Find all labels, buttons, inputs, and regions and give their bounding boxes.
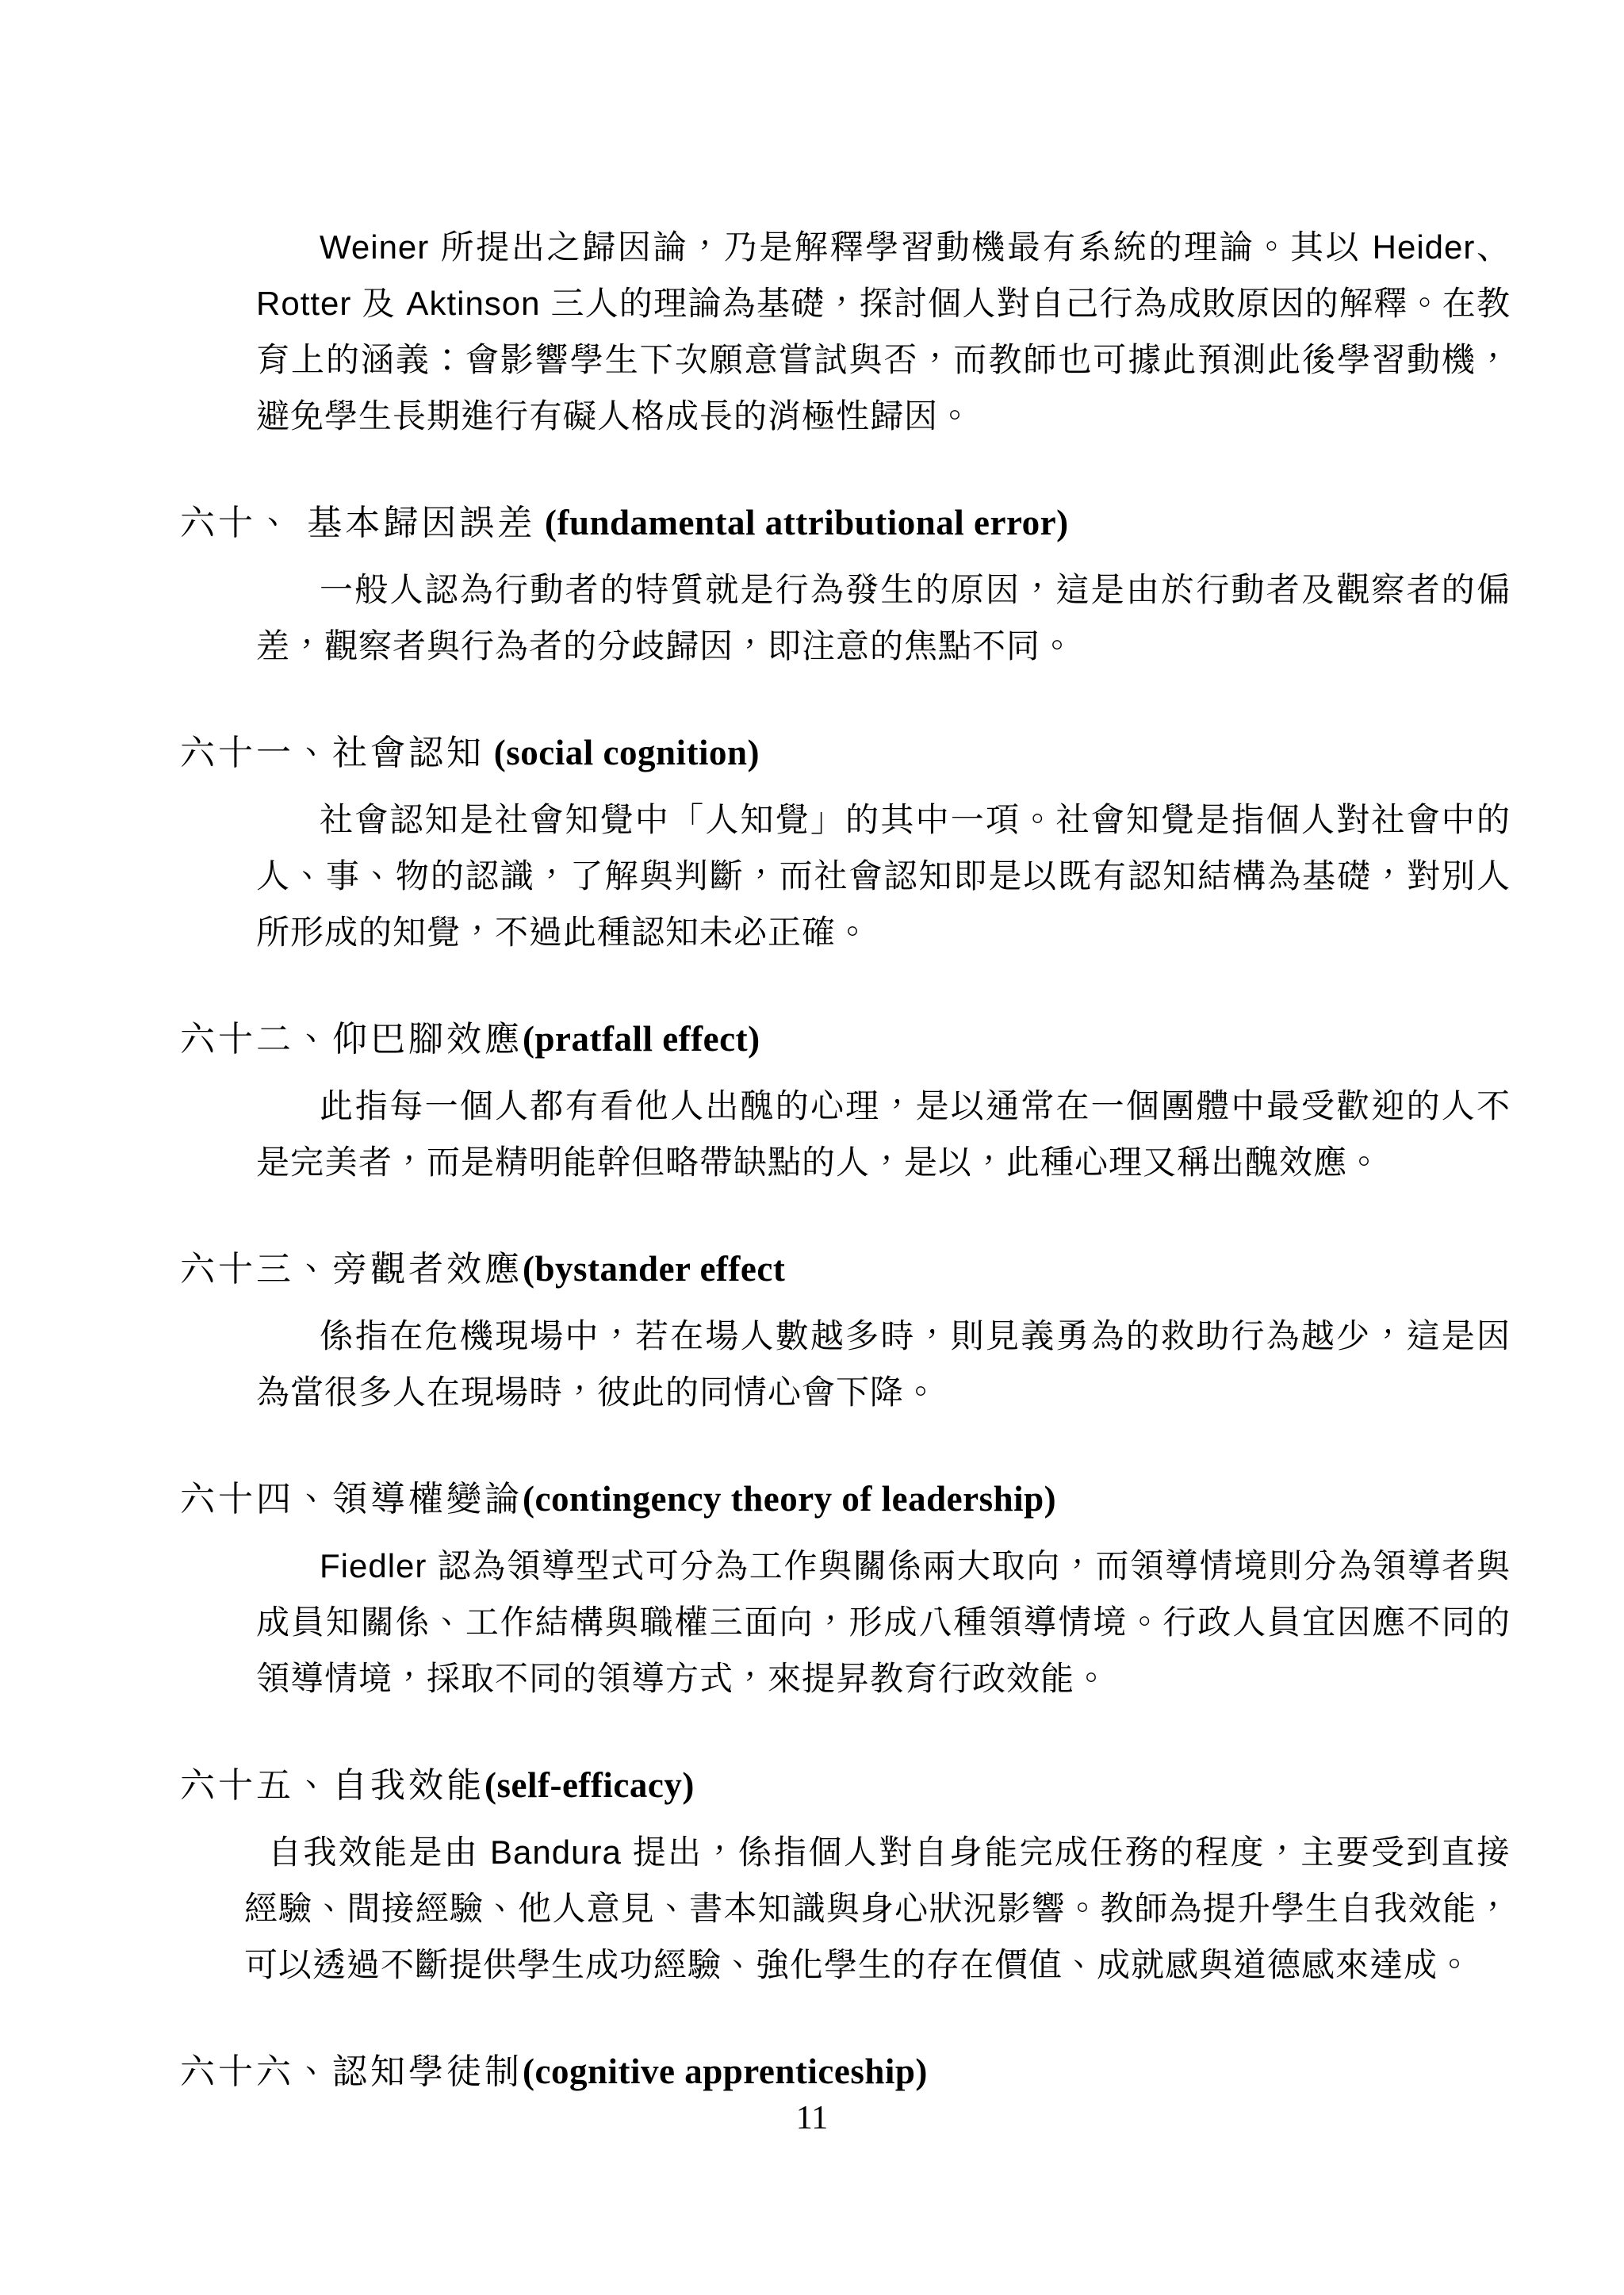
section-number: 六十一、 — [180, 734, 332, 772]
section-term-english: (bystander effect — [523, 1249, 785, 1289]
section-term: 旁觀者效應 — [332, 1250, 523, 1289]
section-heading: 六十一、社會認知 (social cognition) — [180, 725, 1511, 781]
section-64: 六十四、領導權變論(contingency theory of leadersh… — [180, 1471, 1511, 1707]
intro-paragraph: Weiner 所提出之歸因論，乃是解釋學習動機最有系統的理論。其以 Heider… — [256, 219, 1511, 444]
section-term-english: (contingency theory of leadership) — [523, 1479, 1056, 1519]
section-number: 六十二、 — [180, 1020, 332, 1059]
section-heading: 六十、 基本歸因誤差 (fundamental attributional er… — [180, 495, 1511, 551]
section-heading: 六十六、認知學徒制(cognitive apprenticeship) — [180, 2044, 1511, 2100]
section-heading: 六十三、旁觀者效應(bystander effect — [180, 1241, 1511, 1297]
section-term: 社會認知 — [332, 734, 485, 772]
section-term: 認知學徒制 — [332, 2052, 523, 2091]
section-paragraph: 此指每一個人都有看他人出醜的心理，是以通常在一個團體中最受歡迎的人不是完美者，而… — [256, 1078, 1511, 1190]
section-term: 基本歸因誤差 — [294, 504, 535, 542]
page-number: 11 — [0, 2102, 1624, 2135]
section-paragraph: Fiedler 認為領導型式可分為工作與關係兩大取向，而領導情境則分為領導者與成… — [256, 1538, 1511, 1707]
section-heading: 六十二、仰巴腳效應(pratfall effect) — [180, 1011, 1511, 1067]
section-63: 六十三、旁觀者效應(bystander effect 係指在危機現場中，若在場人… — [180, 1241, 1511, 1420]
section-62: 六十二、仰巴腳效應(pratfall effect) 此指每一個人都有看他人出醜… — [180, 1011, 1511, 1190]
section-60: 六十、 基本歸因誤差 (fundamental attributional er… — [180, 495, 1511, 674]
section-heading: 六十四、領導權變論(contingency theory of leadersh… — [180, 1471, 1511, 1527]
section-term-english: (fundamental attributional error) — [535, 503, 1068, 542]
section-61: 六十一、社會認知 (social cognition) 社會認知是社會知覺中「人… — [180, 725, 1511, 960]
section-term: 自我效能 — [332, 1766, 485, 1805]
section-number: 六十六、 — [180, 2052, 332, 2091]
section-65: 六十五、自我效能(self-efficacy) 自我效能是由 Bandura 提… — [180, 1757, 1511, 1993]
section-paragraph: 係指在危機現場中，若在場人數越多時，則見義勇為的救助行為越少，這是因為當很多人在… — [256, 1308, 1511, 1420]
section-term-english: (cognitive apprenticeship) — [523, 2052, 928, 2091]
section-paragraph: 社會認知是社會知覺中「人知覺」的其中一項。社會知覺是指個人對社會中的人、事、物的… — [256, 791, 1511, 960]
page-content: Weiner 所提出之歸因論，乃是解釋學習動機最有系統的理論。其以 Heider… — [0, 0, 1624, 2100]
section-number: 六十三、 — [180, 1250, 332, 1289]
document-page: Weiner 所提出之歸因論，乃是解釋學習動機最有系統的理論。其以 Heider… — [0, 0, 1624, 2295]
section-heading: 六十五、自我效能(self-efficacy) — [180, 1757, 1511, 1814]
section-number: 六十、 — [180, 504, 294, 542]
section-term-english: (pratfall effect) — [523, 1019, 760, 1059]
section-term-english: (self-efficacy) — [485, 1765, 695, 1805]
section-66: 六十六、認知學徒制(cognitive apprenticeship) — [180, 2044, 1511, 2100]
section-term-english: (social cognition) — [485, 733, 760, 772]
section-paragraph: 一般人認為行動者的特質就是行為發生的原因，這是由於行動者及觀察者的偏差，觀察者與… — [256, 561, 1511, 674]
section-number: 六十五、 — [180, 1766, 332, 1805]
section-term: 領導權變論 — [332, 1480, 523, 1519]
section-paragraph: 自我效能是由 Bandura 提出，係指個人對自身能完成任務的程度，主要受到直接… — [244, 1824, 1511, 1993]
section-term: 仰巴腳效應 — [332, 1020, 523, 1059]
section-number: 六十四、 — [180, 1480, 332, 1519]
